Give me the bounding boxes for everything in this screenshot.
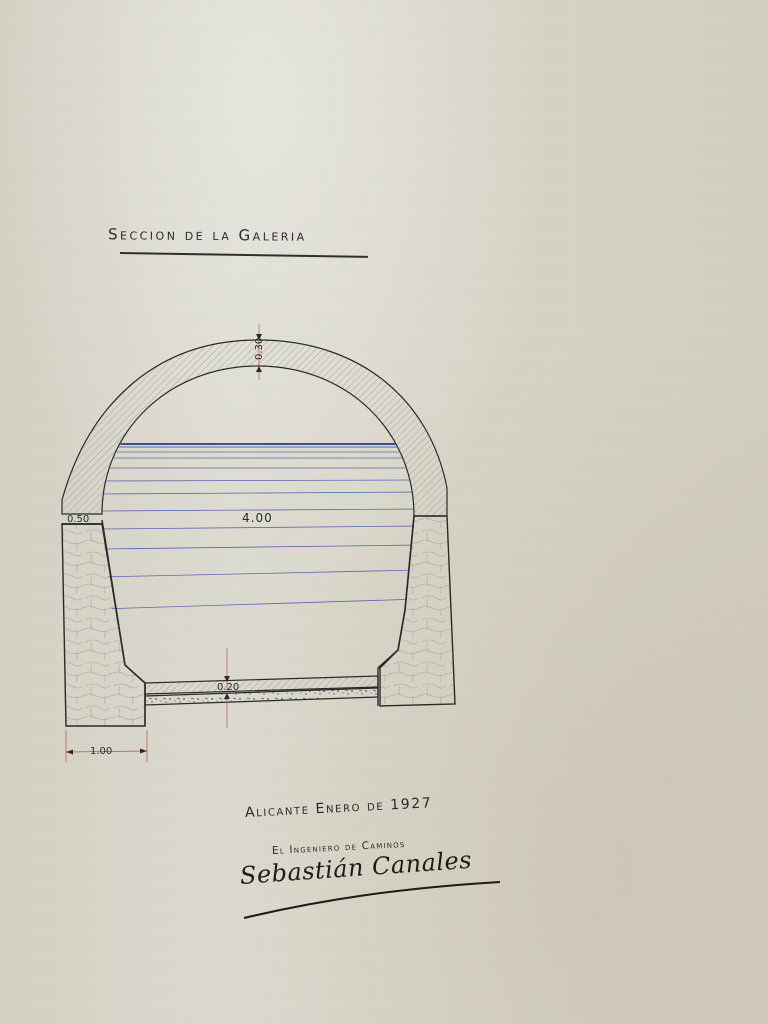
dim-vault-thickness: 0.30	[254, 338, 265, 360]
signature-underline	[244, 882, 500, 918]
left-wall	[62, 524, 145, 726]
dim-interior-width: 4.00	[242, 511, 273, 525]
vault-ring	[62, 340, 447, 516]
dim-floor-slab: 0.20	[217, 682, 239, 693]
dim-footing: 1.00	[90, 746, 112, 757]
dim-wall-top: 0.50	[67, 514, 89, 525]
right-wall	[380, 516, 455, 706]
blue-wash-lines	[100, 444, 420, 609]
